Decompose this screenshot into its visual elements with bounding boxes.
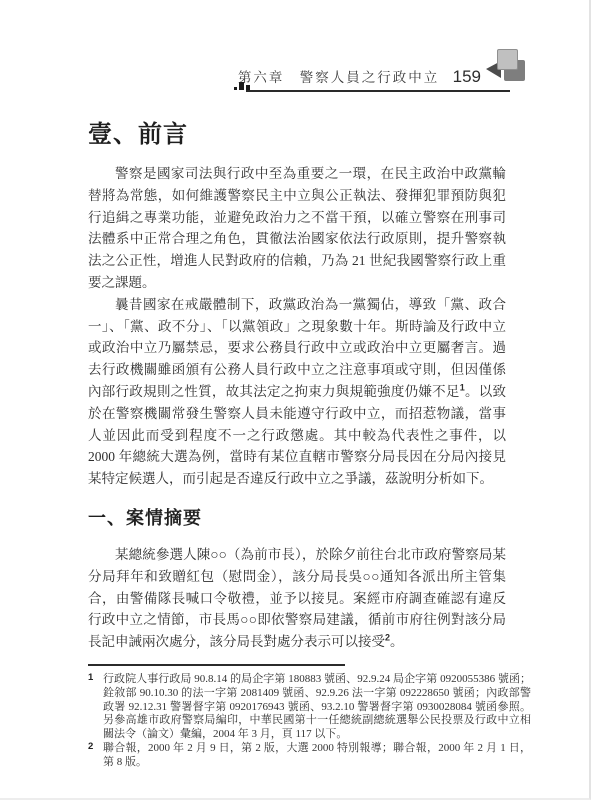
- paragraph-text: 警察是國家司法與行政中至為重要之一環，在民主政治中政黨輪替將為常態，如何維護警察…: [88, 166, 506, 290]
- paragraph-text: 。以致於在警察機關常發生警察人員未能遵守行政中立，而招惹物議，當事人並因此而受到…: [88, 384, 506, 486]
- paragraph-text: 。: [390, 634, 404, 649]
- header-rule: [246, 90, 510, 92]
- page-header: 第六章 警察人員之行政中立 159: [88, 56, 529, 98]
- page-number: 159: [453, 67, 481, 86]
- footnote-2: 2 聯合報，2000 年 2 月 9 日，第 2 版，大選 2000 特別報導；…: [88, 742, 531, 770]
- page-body: 壹、前言 警察是國家司法與行政中至為重要之一環，在民主政治中政黨輪替將為常態，如…: [88, 114, 506, 653]
- running-header: 第六章 警察人員之行政中立 159: [238, 66, 481, 87]
- paragraph-text: 曩昔國家在戒嚴體制下，政黨政治為一黨獨佔，導致「黨、政合一」、「黨、政不分」、「…: [88, 297, 506, 399]
- chapter-label: 第六章: [238, 70, 285, 85]
- corner-ornament-icon: [486, 46, 532, 90]
- footnote-1: 1 行政院人事行政局 90.8.14 的局企字第 180883 號函、92.9.…: [88, 673, 531, 742]
- section-heading-intro: 壹、前言: [88, 114, 506, 149]
- footnote-text: 聯合報，2000 年 2 月 9 日，第 2 版，大選 2000 特別報導；聯合…: [103, 742, 531, 770]
- footnote-text: 行政院人事行政局 90.8.14 的局企字第 180883 號函、92.9.24…: [103, 673, 531, 742]
- intro-paragraph-1: 警察是國家司法與行政中至為重要之一環，在民主政治中政黨輪替將為常態，如何維護警察…: [88, 163, 506, 294]
- light-square-icon: [497, 49, 518, 70]
- book-page: 第六章 警察人員之行政中立 159 壹、前言 警察是國家司法與行政中至為重要之一…: [0, 0, 591, 800]
- footnote-marker: 1: [88, 672, 103, 683]
- paragraph-text: 某總統參選人陳○○（為前市長），於除夕前往台北市政府警察局某分局拜年和致贈紅包（…: [88, 547, 506, 649]
- footnotes-section: 1 行政院人事行政局 90.8.14 的局企字第 180883 號函、92.9.…: [88, 664, 531, 770]
- chapter-title: 警察人員之行政中立: [300, 70, 440, 85]
- subsection-heading-case-summary: 一、案情摘要: [88, 504, 506, 530]
- footnote-separator: [88, 664, 345, 666]
- case-paragraph-1: 某總統參選人陳○○（為前市長），於除夕前往台北市政府警察局某分局拜年和致贈紅包（…: [88, 544, 506, 653]
- footnote-marker: 2: [88, 741, 103, 752]
- intro-paragraph-2: 曩昔國家在戒嚴體制下，政黨政治為一黨獨佔，導致「黨、政合一」、「黨、政不分」、「…: [88, 294, 506, 490]
